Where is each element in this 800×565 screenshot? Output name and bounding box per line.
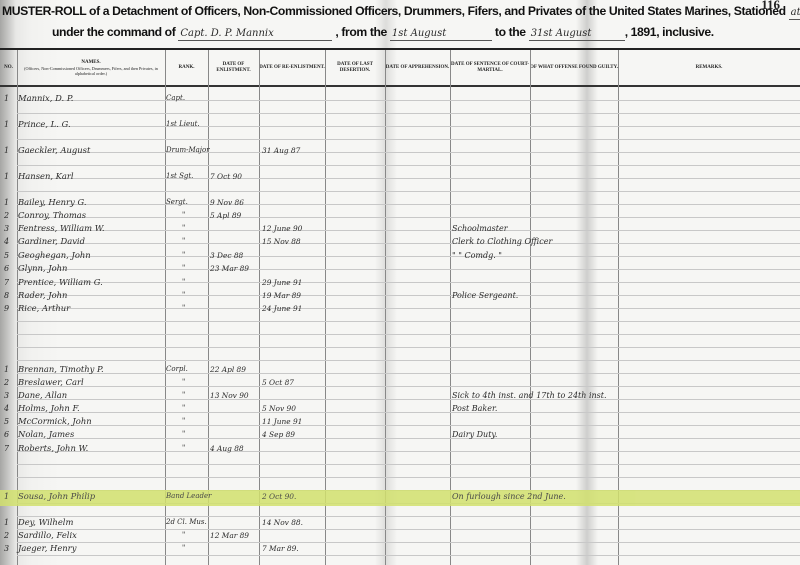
command-prefix: under the command of <box>52 25 175 39</box>
ruled-line <box>17 555 800 556</box>
from-date-field: 1st August <box>390 28 492 41</box>
column-header-enlistment: Date of Enlistment. <box>208 50 259 85</box>
header-bottom-rule <box>0 85 800 87</box>
name-cell: Sousa, John Philip <box>18 490 165 503</box>
column-header-apprehension: Date of Apprehension. <box>385 50 450 85</box>
name-cell: Gardiner, David <box>18 235 165 248</box>
column-header-desertion: Date of Last Desertion. <box>325 50 385 85</box>
title-line-1: MUSTER-ROLL of a Detachment of Officers,… <box>2 4 800 20</box>
row-number: 1 <box>4 170 16 183</box>
title-suffix: , inclusive. <box>656 25 714 39</box>
court-martial-note-cell <box>452 262 652 275</box>
court-martial-note-cell <box>452 144 652 157</box>
column-header-remarks: Remarks. <box>618 50 800 85</box>
rank-cell: Sergt. <box>166 196 208 209</box>
name-cell: Holms, John F. <box>18 402 165 415</box>
court-martial-note-cell <box>452 276 652 289</box>
table-row: 7Roberts, John W."4 Aug 88 <box>0 442 800 455</box>
column-header-names: Names.(Officers, Non-Commissioned Office… <box>17 50 165 85</box>
rank-cell: Corpl. <box>166 363 208 376</box>
enlistment-date-cell <box>210 144 260 157</box>
reenlistment-date-cell: 29 June 91 <box>262 276 324 289</box>
reenlistment-date-cell: 7 Mar 89. <box>262 542 324 555</box>
enlistment-date-cell: 7 Oct 90 <box>210 170 260 183</box>
enlistment-date-cell <box>210 428 260 441</box>
rank-cell: 1st Sgt. <box>166 170 208 183</box>
reenlistment-date-cell: 31 Aug 87 <box>262 144 324 157</box>
row-number: 4 <box>4 402 16 415</box>
table-row: 9Rice, Arthur"24 June 91 <box>0 302 800 315</box>
rank-cell: Drum-Major <box>166 144 208 157</box>
reenlistment-date-cell: 5 Oct 87 <box>262 376 324 389</box>
court-martial-note-cell: On furlough since 2nd June. <box>452 490 652 503</box>
name-cell: Gaeckler, August <box>18 144 165 157</box>
reenlistment-date-cell: 4 Sep 89 <box>262 428 324 441</box>
name-cell: Dane, Allan <box>18 389 165 402</box>
table-row: 1Dey, Wilhelm2d Cl. Mus.14 Nov 88. <box>0 516 800 529</box>
enlistment-date-cell: 3 Dec 88 <box>210 249 260 262</box>
enlistment-date-cell <box>210 402 260 415</box>
name-cell: Conroy, Thomas <box>18 209 165 222</box>
row-number: 5 <box>4 415 16 428</box>
ruled-line <box>17 347 800 348</box>
ruled-line <box>17 360 800 361</box>
enlistment-date-cell <box>210 118 260 131</box>
court-martial-note-cell: Police Sergeant. <box>452 289 652 302</box>
enlistment-date-cell: 23 Mar 89 <box>210 262 260 275</box>
court-martial-note-cell <box>452 170 652 183</box>
court-martial-note-cell <box>452 196 652 209</box>
name-cell: Rader, John <box>18 289 165 302</box>
court-martial-note-cell: Dairy Duty. <box>452 428 652 441</box>
name-cell: McCormick, John <box>18 415 165 428</box>
reenlistment-date-cell <box>262 529 324 542</box>
court-martial-note-cell <box>452 542 652 555</box>
column-header-rank: Rank. <box>165 50 208 85</box>
column-header-reenlistment: Date of Re-Enlistment. <box>259 50 325 85</box>
enlistment-date-cell: 22 Apl 89 <box>210 363 260 376</box>
name-cell: Fentress, William W. <box>18 222 165 235</box>
court-martial-note-cell: Clerk to Clothing Officer <box>452 235 652 248</box>
reenlistment-date-cell <box>262 389 324 402</box>
court-martial-note-cell <box>452 302 652 315</box>
row-number: 1 <box>4 118 16 131</box>
row-number: 3 <box>4 222 16 235</box>
row-number: 8 <box>4 289 16 302</box>
enlistment-date-cell <box>210 289 260 302</box>
reenlistment-date-cell <box>262 249 324 262</box>
ruled-line <box>17 464 800 465</box>
to-label: to the <box>495 25 526 39</box>
table-row: 1Bailey, Henry G.Sergt.9 Nov 86 <box>0 196 800 209</box>
table-row: 4Holms, John F."5 Nov 90Post Baker. <box>0 402 800 415</box>
table-row: 3Fentress, William W."12 June 90Schoolma… <box>0 222 800 235</box>
name-cell: Sardillo, Felix <box>18 529 165 542</box>
reenlistment-date-cell <box>262 209 324 222</box>
name-cell: Dey, Wilhelm <box>18 516 165 529</box>
court-martial-note-cell <box>452 529 652 542</box>
name-cell: Roberts, John W. <box>18 442 165 455</box>
name-cell: Rice, Arthur <box>18 302 165 315</box>
reenlistment-date-cell: 11 June 91 <box>262 415 324 428</box>
table-row: 5Geoghegan, John"3 Dec 88" " Comdg. " <box>0 249 800 262</box>
from-label: , from the <box>335 25 387 39</box>
rank-cell: 1st Lieut. <box>166 118 208 131</box>
enlistment-date-cell <box>210 235 260 248</box>
table-row: 6Nolan, James"4 Sep 89Dairy Duty. <box>0 428 800 441</box>
enlistment-date-cell <box>210 276 260 289</box>
station-field: at Marine Bks, Washington D.C. <box>789 7 800 20</box>
row-number: 6 <box>4 262 16 275</box>
court-martial-note-cell: " " Comdg. " <box>452 249 652 262</box>
reenlistment-date-cell <box>262 262 324 275</box>
column-header-court-martial: Date of Sentence of Court-Martial. <box>450 50 530 85</box>
table-row: 1Brennan, Timothy P.Corpl.22 Apl 89 <box>0 363 800 376</box>
row-number: 5 <box>4 249 16 262</box>
name-cell: Bailey, Henry G. <box>18 196 165 209</box>
name-cell: Breslawer, Carl <box>18 376 165 389</box>
row-number: 1 <box>4 144 16 157</box>
reenlistment-date-cell <box>262 170 324 183</box>
enlistment-date-cell <box>210 376 260 389</box>
court-martial-note-cell <box>452 376 652 389</box>
column-header-row: No. Names.(Officers, Non-Commissioned Of… <box>0 50 800 85</box>
muster-roll-page: 116 MUSTER-ROLL of a Detachment of Offic… <box>0 0 800 565</box>
reenlistment-date-cell: 5 Nov 90 <box>262 402 324 415</box>
row-number: 1 <box>4 490 16 503</box>
reenlistment-date-cell <box>262 92 324 105</box>
reenlistment-date-cell <box>262 363 324 376</box>
name-cell: Geoghegan, John <box>18 249 165 262</box>
year-label: , 1891 <box>625 25 657 39</box>
ruled-line <box>17 477 800 478</box>
table-row: 6Glynn, John"23 Mar 89 <box>0 262 800 275</box>
table-row: 2Breslawer, Carl"5 Oct 87 <box>0 376 800 389</box>
enlistment-date-cell <box>210 302 260 315</box>
column-header-offense: Of What Offense Found Guilty. <box>530 50 618 85</box>
table-row: 1Prince, L. G.1st Lieut. <box>0 118 800 131</box>
enlistment-date-cell: 13 Nov 90 <box>210 389 260 402</box>
table-row: 3Dane, Allan"13 Nov 90Sick to 4th inst. … <box>0 389 800 402</box>
commander-field: Capt. D. P. Mannix <box>178 28 332 41</box>
table-row: 8Rader, John"19 Mar 89Police Sergeant. <box>0 289 800 302</box>
to-date-field: 31st August <box>529 28 625 41</box>
table-row: 1Mannix, D. P.Capt. <box>0 92 800 105</box>
row-number: 1 <box>4 363 16 376</box>
reenlistment-date-cell: 19 Mar 89 <box>262 289 324 302</box>
court-martial-note-cell <box>452 415 652 428</box>
enlistment-date-cell <box>210 542 260 555</box>
table-row: 1Hansen, Karl1st Sgt.7 Oct 90 <box>0 170 800 183</box>
table-row: 7Prentice, William G."29 June 91 <box>0 276 800 289</box>
reenlistment-date-cell: 15 Nov 88 <box>262 235 324 248</box>
reenlistment-date-cell <box>262 442 324 455</box>
table-row: 5McCormick, John"11 June 91 <box>0 415 800 428</box>
table-row-highlighted: 1Sousa, John PhilipBand Leader2 Oct 90.O… <box>0 490 800 506</box>
enlistment-date-cell: 9 Nov 86 <box>210 196 260 209</box>
court-martial-note-cell <box>452 209 652 222</box>
enlistment-date-cell <box>210 490 260 503</box>
enlistment-date-cell: 12 Mar 89 <box>210 529 260 542</box>
name-cell: Prince, L. G. <box>18 118 165 131</box>
enlistment-date-cell: 5 Apl 89 <box>210 209 260 222</box>
court-martial-note-cell <box>452 363 652 376</box>
name-cell: Prentice, William G. <box>18 276 165 289</box>
ruled-line <box>17 139 800 140</box>
row-number: 6 <box>4 428 16 441</box>
court-martial-note-cell <box>452 442 652 455</box>
enlistment-date-cell <box>210 92 260 105</box>
row-number: 3 <box>4 389 16 402</box>
row-number: 1 <box>4 196 16 209</box>
court-martial-note-cell: Schoolmaster <box>452 222 652 235</box>
row-number: 7 <box>4 276 16 289</box>
table-row: 2Conroy, Thomas"5 Apl 89 <box>0 209 800 222</box>
ruled-line <box>17 113 800 114</box>
reenlistment-date-cell <box>262 196 324 209</box>
rank-cell: 2d Cl. Mus. <box>166 516 208 529</box>
row-number: 1 <box>4 516 16 529</box>
row-number: 7 <box>4 442 16 455</box>
name-cell: Jaeger, Henry <box>18 542 165 555</box>
table-row: 1Gaeckler, AugustDrum-Major31 Aug 87 <box>0 144 800 157</box>
name-cell: Nolan, James <box>18 428 165 441</box>
court-martial-note-cell: Post Baker. <box>452 402 652 415</box>
table-row: 4Gardiner, David"15 Nov 88Clerk to Cloth… <box>0 235 800 248</box>
name-cell: Glynn, John <box>18 262 165 275</box>
row-number: 2 <box>4 376 16 389</box>
reenlistment-date-cell: 12 June 90 <box>262 222 324 235</box>
title-line-2: under the command of Capt. D. P. Mannix … <box>52 25 714 41</box>
court-martial-note-cell: Sick to 4th inst. and 17th to 24th inst. <box>452 389 652 402</box>
row-number: 2 <box>4 529 16 542</box>
ruled-line <box>17 334 800 335</box>
court-martial-note-cell <box>452 118 652 131</box>
column-header-no: No. <box>0 50 17 85</box>
title-prefix: MUSTER-ROLL of a Detachment of Officers,… <box>2 4 786 18</box>
reenlistment-date-cell <box>262 118 324 131</box>
row-number: 9 <box>4 302 16 315</box>
rank-cell: Capt. <box>166 92 208 105</box>
enlistment-date-cell <box>210 222 260 235</box>
ruled-line <box>17 191 800 192</box>
reenlistment-date-cell: 2 Oct 90. <box>262 490 324 503</box>
court-martial-note-cell <box>452 92 652 105</box>
reenlistment-date-cell: 14 Nov 88. <box>262 516 324 529</box>
court-martial-note-cell <box>452 516 652 529</box>
row-number: 4 <box>4 235 16 248</box>
table-row: 3Jaeger, Henry"7 Mar 89. <box>0 542 800 555</box>
enlistment-date-cell <box>210 516 260 529</box>
ruled-line <box>17 165 800 166</box>
enlistment-date-cell <box>210 415 260 428</box>
rank-cell: Band Leader <box>166 490 208 503</box>
row-number: 1 <box>4 92 16 105</box>
name-cell: Brennan, Timothy P. <box>18 363 165 376</box>
row-number: 3 <box>4 542 16 555</box>
table-row: 2Sardillo, Felix"12 Mar 89 <box>0 529 800 542</box>
reenlistment-date-cell: 24 June 91 <box>262 302 324 315</box>
ruled-line <box>17 321 800 322</box>
row-number: 2 <box>4 209 16 222</box>
enlistment-date-cell: 4 Aug 88 <box>210 442 260 455</box>
name-cell: Hansen, Karl <box>18 170 165 183</box>
name-cell: Mannix, D. P. <box>18 92 165 105</box>
